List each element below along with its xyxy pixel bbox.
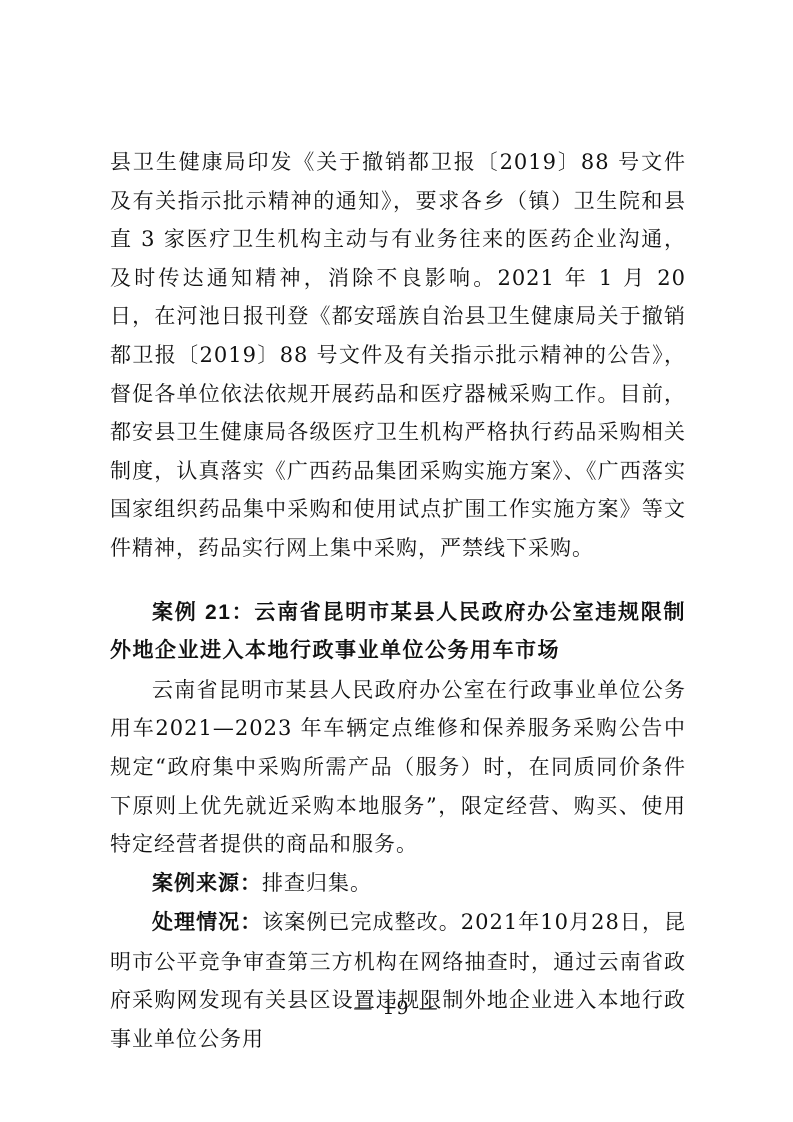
case-21-heading: 案例 21：云南省昆明市某县人民政府办公室违规限制外地企业进入本地行政事业单位公…: [110, 594, 686, 671]
paragraph-handling-status: 处理情况：该案例已完成整改。2021年10月28日，昆明市公平竞争审查第三方机构…: [110, 903, 686, 1058]
case-source-label: 案例来源：: [152, 872, 262, 895]
document-content: 县卫生健康局印发《关于撤销都卫报〔2019〕88 号文件及有关指示批示精神的通知…: [110, 143, 686, 1059]
paragraph-case-source: 案例来源：排查归集。: [110, 864, 686, 904]
document-page: 县卫生健康局印发《关于撤销都卫报〔2019〕88 号文件及有关指示批示精神的通知…: [0, 0, 793, 1122]
handling-status-label: 处理情况：: [152, 911, 262, 934]
paragraph-continued-from-previous-page: 县卫生健康局印发《关于撤销都卫报〔2019〕88 号文件及有关指示批示精神的通知…: [110, 143, 686, 568]
case-source-text: 排查归集。: [262, 871, 372, 895]
paragraph-case-description: 云南省昆明市某县人民政府办公室在行政事业单位公务用车2021—2023 年车辆定…: [110, 671, 686, 864]
page-number: — 19 —: [0, 997, 793, 1019]
